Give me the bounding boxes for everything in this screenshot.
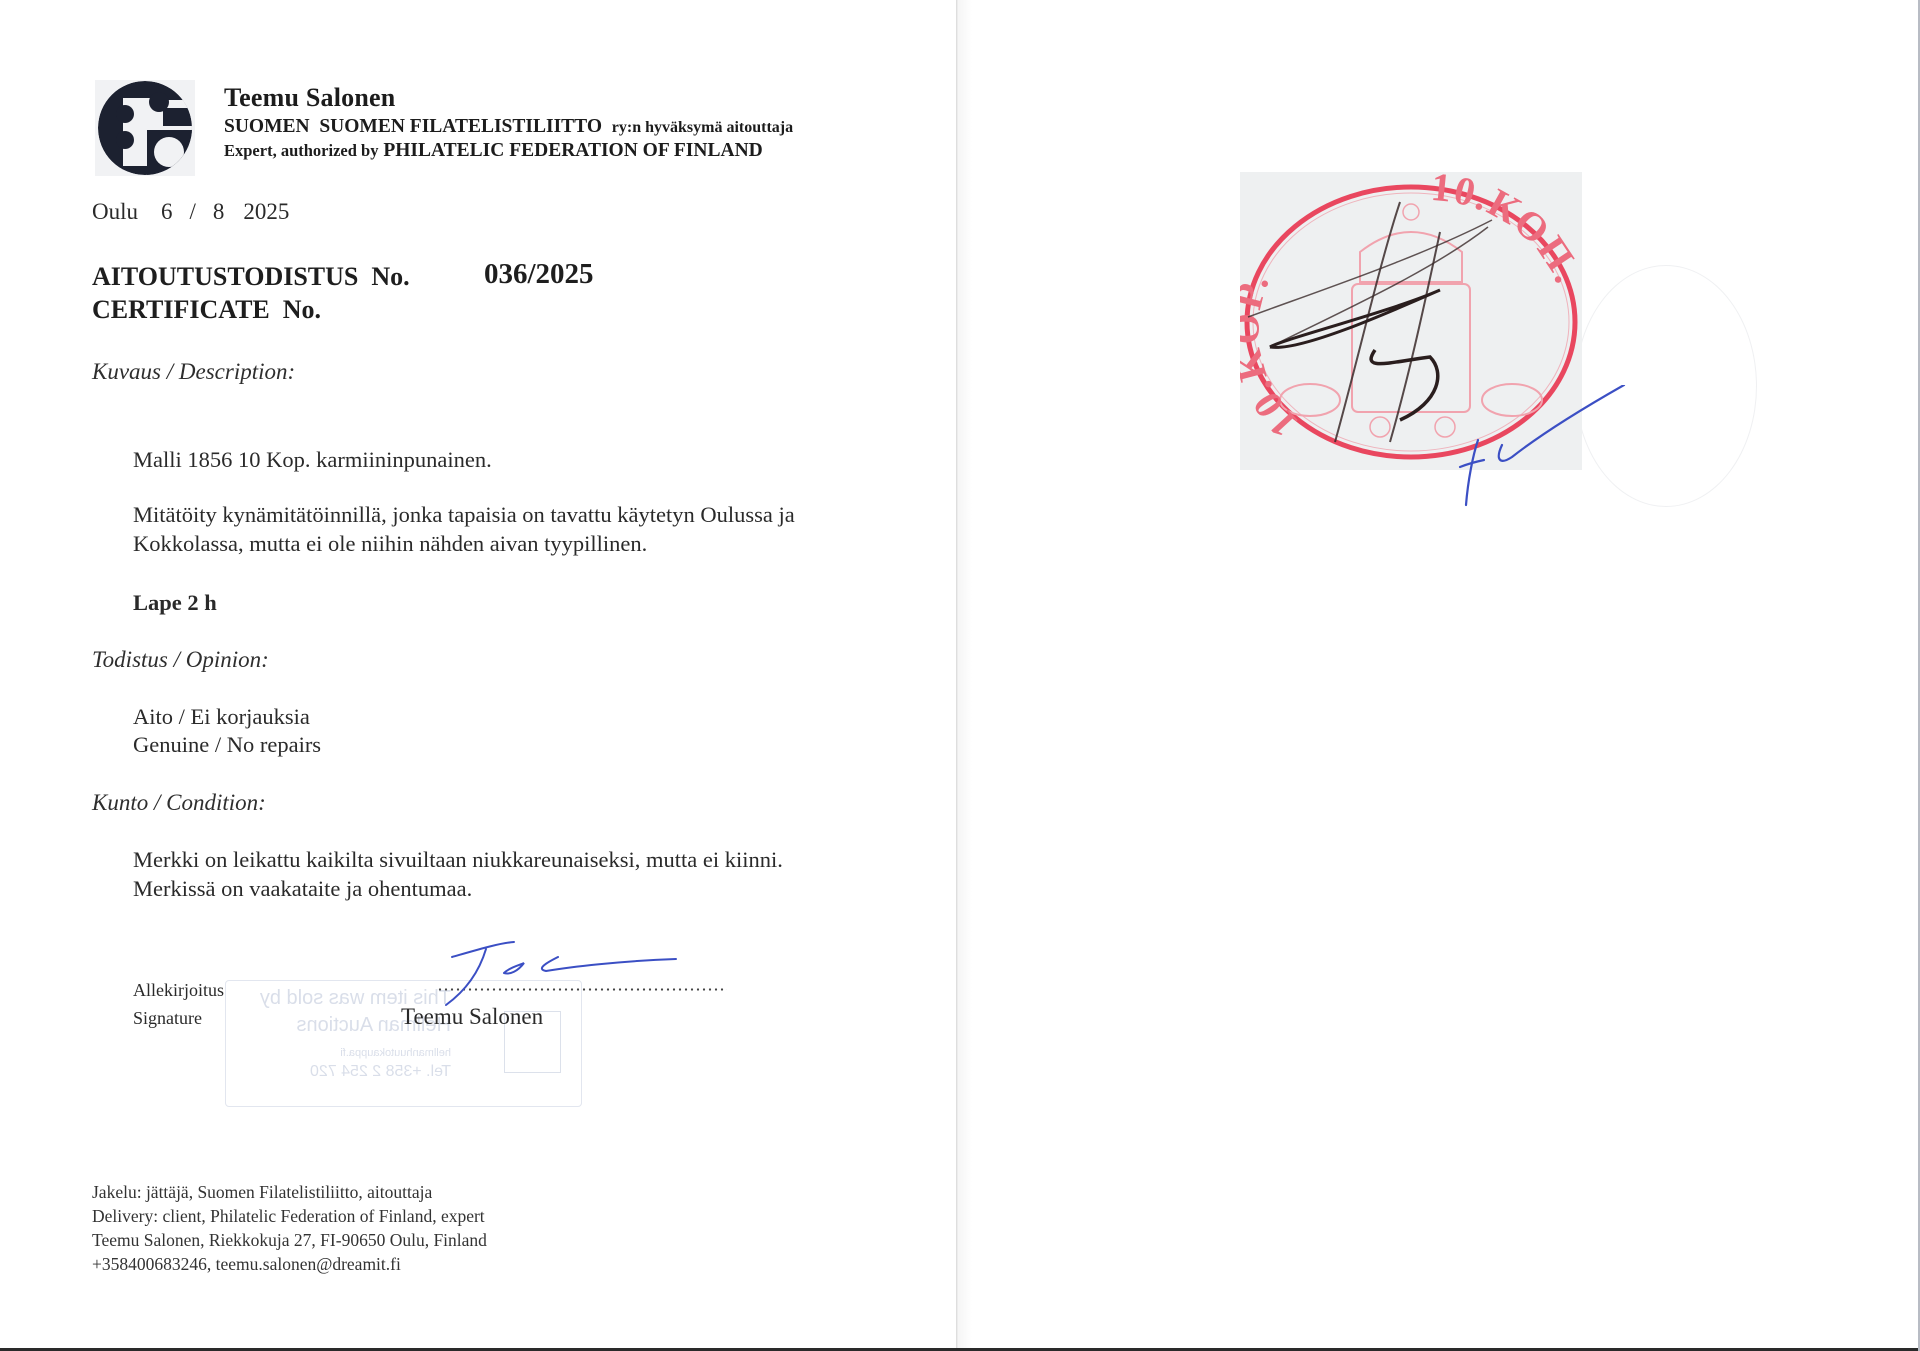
condition-line-1: Merkki on leikattu kaikilta sivuiltaan n… [133,847,783,873]
description-line-1: Malli 1856 10 Kop. karmiininpunainen. [133,447,492,473]
certificate-label-fi: AITOUTUSTODISTUS No. [92,262,410,292]
distribution-line-fi: Jakelu: jättäjä, Suomen Filatelistiliitt… [92,1182,432,1203]
distribution-line-en: Delivery: client, Philatelic Federation … [92,1206,485,1227]
expert-initials-icon [1440,385,1640,510]
philatelic-federation-logo-icon [95,80,195,176]
description-heading: Kuvaus / Description: [92,359,295,385]
bleed-line-3: hellmanhuutokauppa.fi [340,1047,451,1059]
opinion-line-en: Genuine / No repairs [133,732,321,758]
certificate-label-en: CERTIFICATE No. [92,295,321,325]
page-fold-shadow [958,0,972,1348]
date-city: Oulu [92,199,138,225]
federation-line-en: Expert, authorized by PHILATELIC FEDERAT… [224,140,763,162]
issue-date: Oulu6/82025 [92,199,289,225]
handwritten-signature-icon [440,935,690,1010]
opinion-line-fi: Aito / Ei korjauksia [133,704,310,730]
catalog-reference: Lape 2 h [133,590,217,616]
bleed-line-4: Tel. +358 2 254 720 [310,1063,451,1081]
svg-text:10.KOP.: 10.KOP. [1240,265,1306,447]
condition-heading: Kunto / Condition: [92,790,266,816]
expert-address: Teemu Salonen, Riekkokuja 27, FI-90650 O… [92,1230,487,1251]
date-month: 8 [213,199,225,225]
date-year: 2025 [243,199,289,225]
expert-name-heading: Teemu Salonen [224,83,395,113]
condition-line-2: Merkissä on vaakataite ja ohentumaa. [133,876,472,902]
expert-authorized-label: Expert, authorized by [224,141,378,160]
svg-text:10.КОП.: 10.КОП. [1429,172,1582,291]
federation-line-fi: SUOMEN SUOMEN FILATELISTILIITTO ry:n hyv… [224,116,793,138]
description-line-3: Kokkolassa, mutta ei ole niihin nähden a… [133,531,647,557]
federation-name-en: PHILATELIC FEDERATION OF FINLAND [383,140,762,161]
opinion-heading: Todistus / Opinion: [92,647,269,673]
date-separator: / [190,199,196,225]
date-day: 6 [161,199,173,225]
certificate-number: 036/2025 [484,258,594,291]
federation-approval-fi: ry:n hyväksymä aitouttaja [612,119,793,136]
expert-contact: +358400683246, teemu.salonen@dreamit.fi [92,1254,401,1275]
federation-name-fi: SUOMEN SUOMEN FILATELISTILIITTO [224,116,602,137]
signature-label-fi: Allekirjoitus [133,980,224,1001]
signature-label-en: Signature [133,1008,202,1029]
description-line-2: Mitätöity kynämitätöinnillä, jonka tapai… [133,502,795,528]
